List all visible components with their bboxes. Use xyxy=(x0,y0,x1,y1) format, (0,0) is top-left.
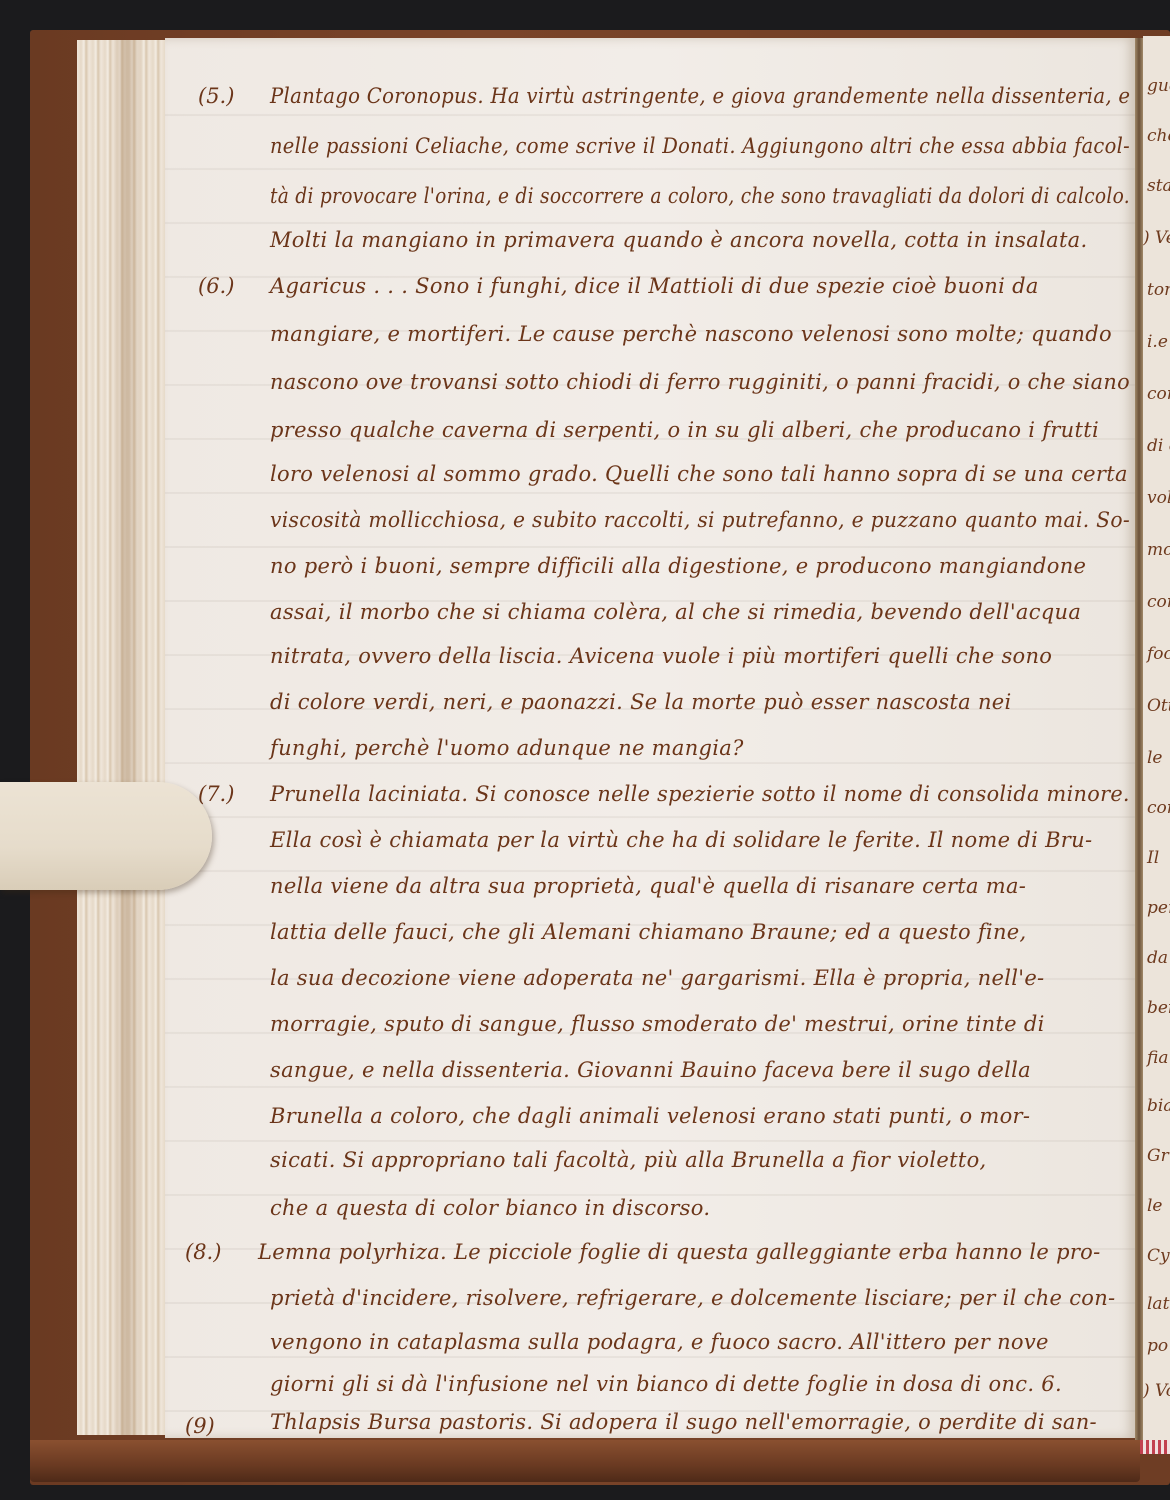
text-line: di colore verdi, neri, e paonazzi. Se la… xyxy=(270,690,1012,714)
text-line: giorni gli si dà l'infusione nel vin bia… xyxy=(270,1372,1062,1396)
entry-number: (8.) xyxy=(185,1240,221,1264)
text-line: loro velenosi al sommo grado. Quelli che… xyxy=(270,462,1128,486)
text-line: Lemna polyrhiza. Le picciole foglie di q… xyxy=(258,1240,1101,1264)
text-line: morragie, sputo di sangue, flusso smoder… xyxy=(270,1012,1045,1036)
text-line: Ella così è chiamata per la virtù che ha… xyxy=(270,828,1092,852)
text-line: no però i buoni, sempre difficili alla d… xyxy=(270,554,1086,578)
text-line: nella viene da altra sua proprietà, qual… xyxy=(270,874,1026,898)
entry-number: (9) xyxy=(185,1414,215,1438)
text-line: Agaricus . . . Sono i funghi, dice il Ma… xyxy=(270,274,1039,298)
manuscript-text: (5.) Plantago Coronopus. Ha virtù astrin… xyxy=(0,0,1170,1500)
text-line: Brunella a coloro, che dagli animali vel… xyxy=(270,1104,1030,1128)
entry-number: (7.) xyxy=(198,782,234,806)
entry-number: (6.) xyxy=(198,274,234,298)
bone-folder-bookmark xyxy=(0,782,212,890)
text-line: Prunella laciniata. Si conosce nelle spe… xyxy=(270,782,1130,806)
text-line: vengono in cataplasma sulla podagra, e f… xyxy=(270,1330,1049,1354)
text-line: prietà d'incidere, risolvere, refrigerar… xyxy=(270,1286,1115,1310)
text-line: che a questa di color bianco in discorso… xyxy=(270,1196,710,1220)
entry-number: (5.) xyxy=(198,84,234,108)
text-line: Thlapsis Bursa pastoris. Si adopera il s… xyxy=(270,1410,1097,1434)
text-line: mangiare, e mortiferi. Le cause perchè n… xyxy=(270,322,1112,346)
text-line: nascono ove trovansi sotto chiodi di fer… xyxy=(270,370,1130,394)
text-line: sangue, e nella dissenteria. Giovanni Ba… xyxy=(270,1058,1031,1082)
text-line: tà di provocare l'orina, e di soccorrere… xyxy=(270,184,1130,208)
text-line: Plantago Coronopus. Ha virtù astringente… xyxy=(270,84,1130,108)
text-line: Molti la mangiano in primavera quando è … xyxy=(270,228,1087,252)
text-line: nelle passioni Celiache, come scrive il … xyxy=(270,134,1130,158)
text-line: nitrata, ovvero della liscia. Avicena vu… xyxy=(270,644,1052,668)
text-line: la sua decozione viene adoperata ne' gar… xyxy=(270,966,1044,990)
text-line: sicati. Si appropriano tali facoltà, più… xyxy=(270,1148,986,1172)
text-line: lattia delle fauci, che gli Alemani chia… xyxy=(270,920,1026,944)
text-line: presso qualche caverna di serpenti, o in… xyxy=(270,418,1099,442)
text-line: viscosità mollicchiosa, e subito raccolt… xyxy=(270,508,1130,532)
text-line: funghi, perchè l'uomo adunque ne mangia? xyxy=(270,736,744,760)
text-line: assai, il morbo che si chiama colèra, al… xyxy=(270,600,1081,624)
